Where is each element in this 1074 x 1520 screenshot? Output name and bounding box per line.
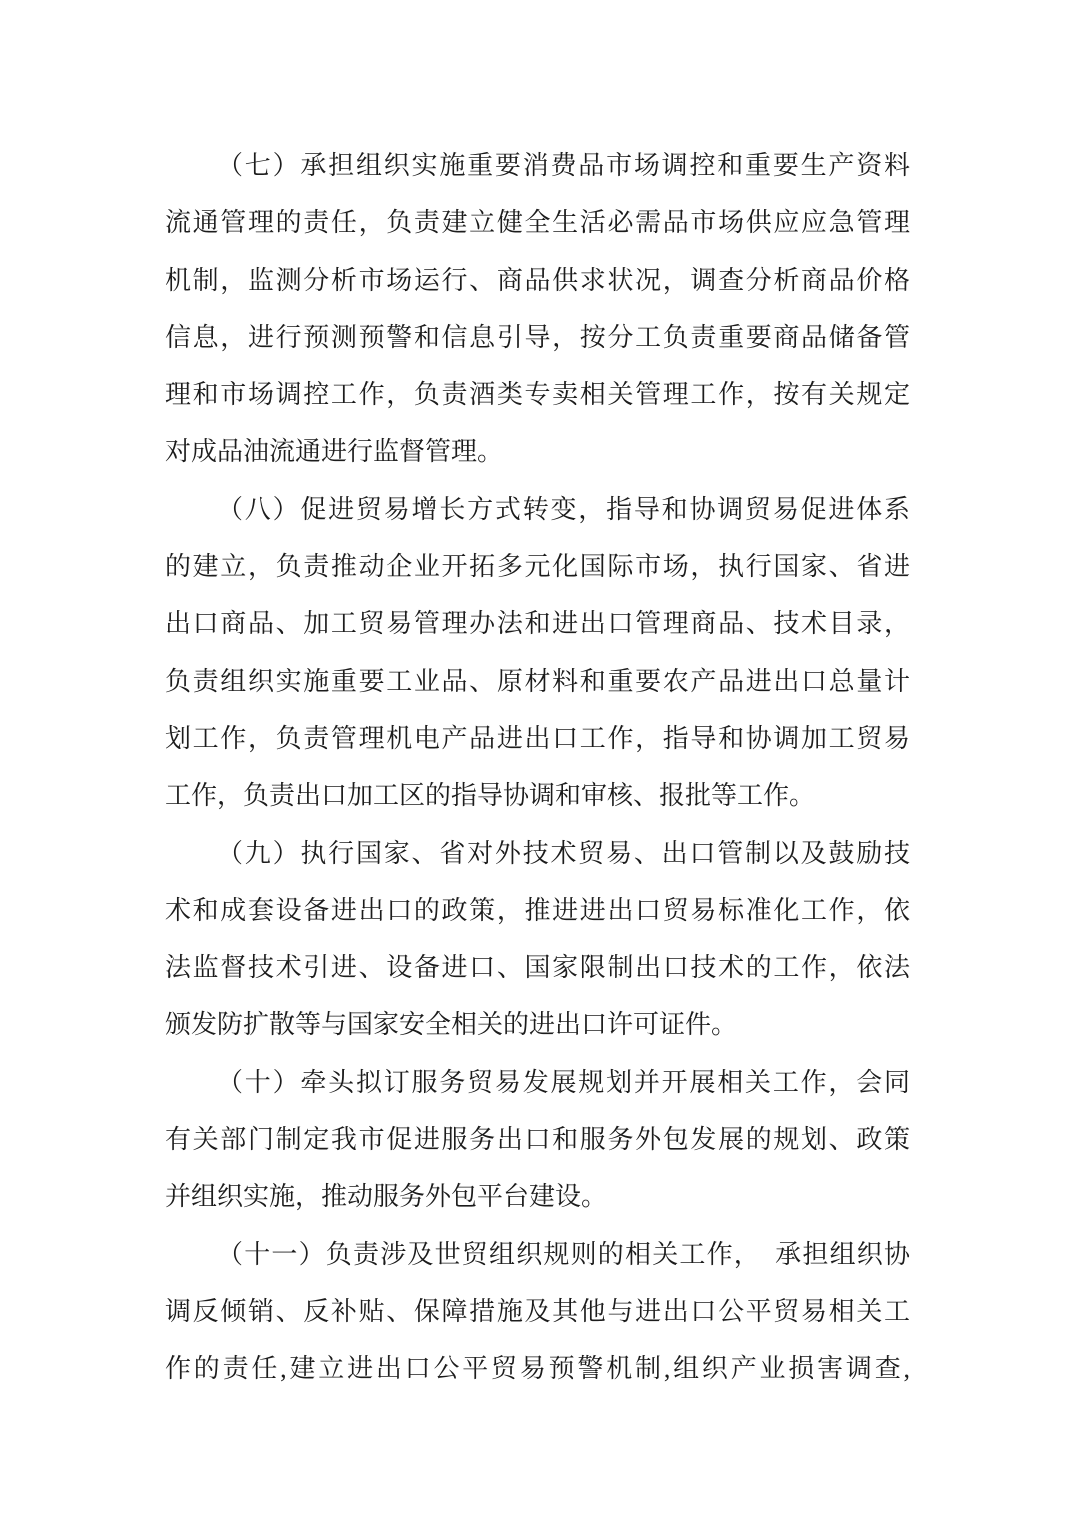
clause-8-line-1: （八）促进贸易增长方式转变，指导和协调贸易促进体系 <box>165 481 910 538</box>
paragraph-clause-8: （八）促进贸易增长方式转变，指导和协调贸易促进体系 的建立，负责推动企业开拓多元… <box>165 481 910 825</box>
clause-7-line-6: 对成品油流通进行监督管理。 <box>165 423 910 480</box>
clause-10-line-1: （十）牵头拟订服务贸易发展规划并开展相关工作，会同 <box>165 1054 910 1111</box>
paragraph-clause-10: （十）牵头拟订服务贸易发展规划并开展相关工作，会同 有关部门制定我市促进服务出口… <box>165 1054 910 1226</box>
paragraph-clause-9: （九）执行国家、省对外技术贸易、出口管制以及鼓励技 术和成套设备进出口的政策，推… <box>165 825 910 1054</box>
clause-11-line-1: （十一）负责涉及世贸组织规则的相关工作， 承担组织协 <box>165 1226 910 1283</box>
clause-9-line-3: 法监督技术引进、设备进口、国家限制出口技术的工作，依法 <box>165 939 910 996</box>
clause-9-line-1: （九）执行国家、省对外技术贸易、出口管制以及鼓励技 <box>165 825 910 882</box>
clause-10-line-2: 有关部门制定我市促进服务出口和服务外包发展的规划、政策 <box>165 1111 910 1168</box>
paragraph-clause-7: （七）承担组织实施重要消费品市场调控和重要生产资料 流通管理的责任，负责建立健全… <box>165 137 910 481</box>
clause-9-line-4: 颁发防扩散等与国家安全相关的进出口许可证件。 <box>165 996 910 1053</box>
clause-11-line-2: 调反倾销、反补贴、保障措施及其他与进出口公平贸易相关工 <box>165 1283 910 1340</box>
clause-7-line-1: （七）承担组织实施重要消费品市场调控和重要生产资料 <box>165 137 910 194</box>
clause-7-line-2: 流通管理的责任，负责建立健全生活必需品市场供应应急管理 <box>165 194 910 251</box>
clause-8-line-6: 工作，负责出口加工区的指导协调和审核、报批等工作。 <box>165 767 910 824</box>
clause-7-line-3: 机制，监测分析市场运行、商品供求状况，调查分析商品价格 <box>165 252 910 309</box>
clause-8-line-2: 的建立，负责推动企业开拓多元化国际市场，执行国家、省进 <box>165 538 910 595</box>
paragraph-clause-11: （十一）负责涉及世贸组织规则的相关工作， 承担组织协 调反倾销、反补贴、保障措施… <box>165 1226 910 1398</box>
clause-11-line-3: 作的责任,建立进出口公平贸易预警机制,组织产业损害调查, <box>165 1340 910 1397</box>
clause-9-line-2: 术和成套设备进出口的政策，推进进出口贸易标准化工作，依 <box>165 882 910 939</box>
document-page: （七）承担组织实施重要消费品市场调控和重要生产资料 流通管理的责任，负责建立健全… <box>0 0 1074 1520</box>
clause-7-line-5: 理和市场调控工作，负责酒类专卖相关管理工作，按有关规定 <box>165 366 910 423</box>
document-body: （七）承担组织实施重要消费品市场调控和重要生产资料 流通管理的责任，负责建立健全… <box>165 137 910 1398</box>
clause-10-line-3: 并组织实施，推动服务外包平台建设。 <box>165 1168 910 1225</box>
clause-8-line-4: 负责组织实施重要工业品、原材料和重要农产品进出口总量计 <box>165 653 910 710</box>
clause-7-line-4: 信息，进行预测预警和信息引导，按分工负责重要商品储备管 <box>165 309 910 366</box>
clause-8-line-5: 划工作，负责管理机电产品进出口工作，指导和协调加工贸易 <box>165 710 910 767</box>
clause-8-line-3: 出口商品、加工贸易管理办法和进出口管理商品、技术目录， <box>165 595 910 652</box>
